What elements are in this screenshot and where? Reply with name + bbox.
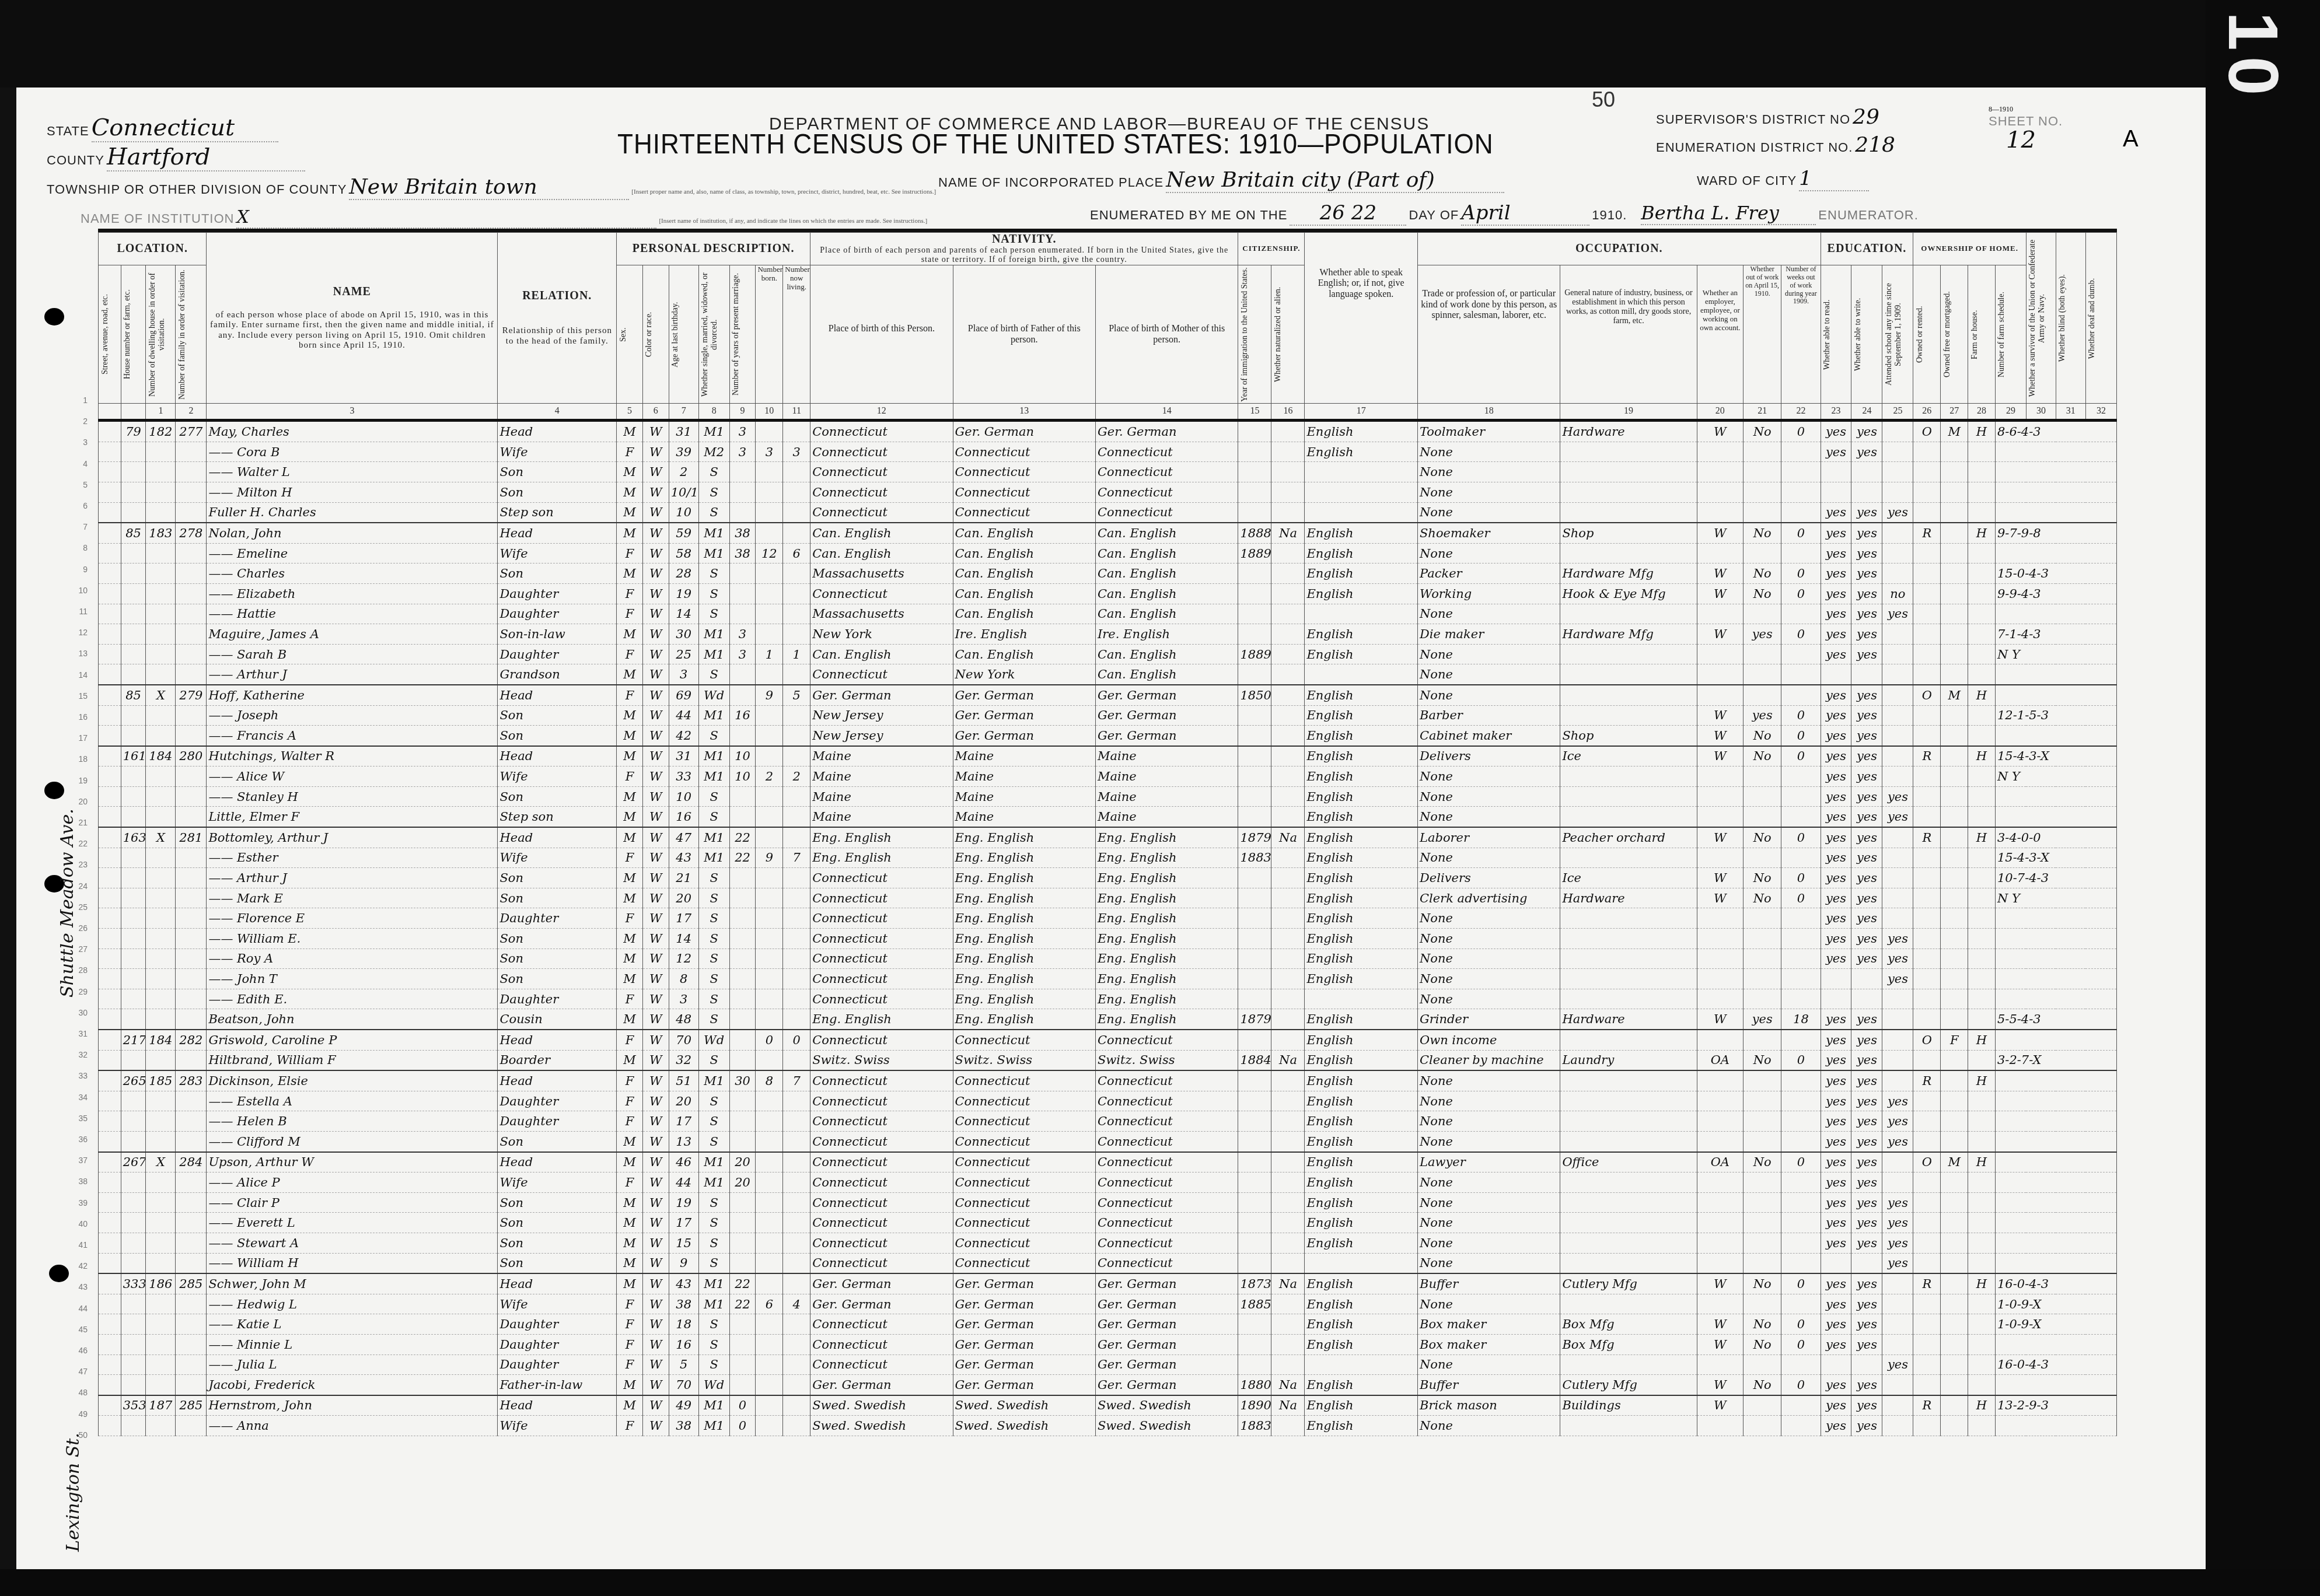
enumerated-month: April [1461, 201, 1589, 226]
cell-family [176, 664, 207, 685]
cell-pobm: Swed. Swedish [1095, 1395, 1238, 1416]
line-number: 31 [70, 1029, 88, 1038]
cell-nat: Na [1271, 1050, 1305, 1070]
cell-name: Beatson, John [207, 1009, 498, 1030]
cell-fh [1968, 1334, 1996, 1354]
cell-family [176, 1314, 207, 1335]
cell-age: 58 [669, 543, 698, 563]
cell-dwelling [146, 1294, 176, 1314]
cell-yrs [729, 482, 756, 502]
cell-fh [1968, 1131, 1996, 1151]
cell-sch [1882, 705, 1913, 726]
cell-sex: M [617, 664, 643, 685]
cell-write: yes [1851, 502, 1882, 523]
cell-code: 9-9-4-3 [1995, 583, 2116, 604]
cell-house [121, 1192, 146, 1213]
cell-street [99, 1354, 121, 1375]
cell-read: yes [1821, 523, 1851, 543]
column-number: 12 [810, 404, 953, 421]
cell-age: 10 [669, 786, 698, 807]
cell-fh [1968, 1213, 1996, 1233]
cell-pobf: Eng. English [953, 929, 1095, 949]
cell-pob: Ger. German [810, 1273, 953, 1294]
cell-rel: Father-in-law [498, 1375, 617, 1395]
cell-rel: Cousin [498, 1009, 617, 1030]
cell-imm: 1850 [1238, 685, 1271, 705]
cell-house [121, 624, 146, 645]
cell-dwelling [146, 583, 176, 604]
cell-fm [1941, 644, 1968, 664]
cell-lang: English [1305, 1233, 1418, 1253]
cell-family [176, 1213, 207, 1233]
cell-rel: Head [498, 746, 617, 766]
cell-pobm: Connecticut [1095, 1152, 1238, 1172]
cell-family [176, 1334, 207, 1354]
cell-read [1821, 1253, 1851, 1273]
cell-sch [1882, 989, 1913, 1009]
cell-name: —— William H [207, 1253, 498, 1273]
enumeration-district-field: ENUMERATION DISTRICT NO. 218 [1656, 133, 1895, 157]
cell-oow: No [1744, 583, 1781, 604]
cell-fh [1968, 989, 1996, 1009]
cell-living [783, 1111, 810, 1132]
cell-sex: F [617, 1416, 643, 1436]
cell-write: yes [1851, 1294, 1882, 1314]
cell-pob: Maine [810, 746, 953, 766]
column-number: 4 [498, 404, 617, 421]
cell-pobm: Connecticut [1095, 1030, 1238, 1050]
cell-fh [1968, 1192, 1996, 1213]
cell-name: —— Florence E [207, 908, 498, 929]
cell-read: yes [1821, 1152, 1851, 1172]
cell-ind [1560, 786, 1697, 807]
cell-imm: 1889 [1238, 543, 1271, 563]
cell-own [1913, 664, 1941, 685]
cell-yrs [729, 685, 756, 705]
cell-trade: Buffer [1417, 1273, 1560, 1294]
cell-mar: S [698, 888, 729, 908]
cell-ind: Hook & Eye Mfg [1560, 583, 1697, 604]
cell-oow [1744, 1131, 1781, 1151]
cell-rel: Son [498, 949, 617, 969]
cell-sex: M [617, 421, 643, 442]
cell-street [99, 929, 121, 949]
cell-yrs [729, 1009, 756, 1030]
cell-rel: Wife [498, 1294, 617, 1314]
cell-race: W [642, 726, 669, 746]
cell-oow: No [1744, 1273, 1781, 1294]
cell-nat [1271, 462, 1305, 482]
cell-pob: Connecticut [810, 583, 953, 604]
column-number: 26 [1913, 404, 1941, 421]
cell-sex: M [617, 949, 643, 969]
cell-fm [1941, 827, 1968, 848]
cell-code: 3-4-0-0 [1995, 827, 2116, 848]
cell-oow: No [1744, 563, 1781, 584]
table-row: 267X284Upson, Arthur WHeadMW46M120Connec… [99, 1152, 2117, 1172]
table-row: —— Stewart ASonMW15SConnecticutConnectic… [99, 1233, 2117, 1253]
cell-oow [1744, 644, 1781, 664]
cell-dwelling [146, 868, 176, 888]
cell-imm [1238, 462, 1271, 482]
cell-read: yes [1821, 1131, 1851, 1151]
cell-pobf: Maine [953, 786, 1095, 807]
cell-oow: No [1744, 1334, 1781, 1354]
incorporated-place-field: NAME OF INCORPORATED PLACE New Britain c… [938, 168, 1504, 193]
cell-rel: Daughter [498, 989, 617, 1009]
cell-yrs [729, 1050, 756, 1070]
county-value: Hartford [107, 143, 305, 171]
cell-street [99, 1213, 121, 1233]
cell-wks: 0 [1781, 827, 1821, 848]
cell-rel: Daughter [498, 583, 617, 604]
cell-ind: Hardware Mfg [1560, 563, 1697, 584]
cell-trade: Box maker [1417, 1334, 1560, 1354]
cell-name: Hiltbrand, William F [207, 1050, 498, 1070]
cell-pob: Maine [810, 766, 953, 787]
cell-yrs: 20 [729, 1172, 756, 1193]
cell-name: Schwer, John M [207, 1273, 498, 1294]
cell-born [756, 1152, 783, 1172]
cell-nat [1271, 908, 1305, 929]
cell-sch: yes [1882, 1354, 1913, 1375]
cell-pobm: Ger. German [1095, 685, 1238, 705]
cell-family [176, 1233, 207, 1253]
cell-fm [1941, 1131, 1968, 1151]
cell-emp [1697, 502, 1743, 523]
cell-wks [1781, 1192, 1821, 1213]
cell-sex: M [617, 1009, 643, 1030]
cell-sch: yes [1882, 1192, 1913, 1213]
cell-pob: Swed. Swedish [810, 1395, 953, 1416]
cell-write: yes [1851, 1273, 1882, 1294]
cell-living [783, 868, 810, 888]
cell-race: W [642, 462, 669, 482]
cell-lang: English [1305, 1273, 1418, 1294]
cell-house [121, 1253, 146, 1273]
cell-dwelling [146, 1253, 176, 1273]
cell-write: yes [1851, 827, 1882, 848]
cell-sex: M [617, 888, 643, 908]
cell-nat [1271, 624, 1305, 645]
cell-sex: M [617, 705, 643, 726]
cell-sch [1882, 746, 1913, 766]
cell-pob: New Jersey [810, 705, 953, 726]
cell-trade: Working [1417, 583, 1560, 604]
cell-write: yes [1851, 1213, 1882, 1233]
cell-pobf: Connecticut [953, 1131, 1095, 1151]
cell-sch [1882, 908, 1913, 929]
cell-own [1913, 1111, 1941, 1132]
line-number: 30 [70, 1008, 88, 1017]
cell-lang: English [1305, 705, 1418, 726]
cell-yrs [729, 786, 756, 807]
enumerator-label: ENUMERATOR. [1818, 208, 1919, 222]
cell-pobf: New York [953, 664, 1095, 685]
cell-code [1995, 502, 2116, 523]
cell-ind [1560, 989, 1697, 1009]
cell-write: yes [1851, 1192, 1882, 1213]
cell-family [176, 888, 207, 908]
cell-nat [1271, 1253, 1305, 1273]
cell-pobm: Maine [1095, 766, 1238, 787]
cell-emp [1697, 989, 1743, 1009]
cell-fm [1941, 1416, 1968, 1436]
cell-read [1821, 462, 1851, 482]
cell-write [1851, 1354, 1882, 1375]
cell-fm [1941, 1314, 1968, 1335]
cell-code: N Y [1995, 766, 2116, 787]
cell-street [99, 523, 121, 543]
line-number: 17 [70, 733, 88, 743]
cell-imm: 1879 [1238, 827, 1271, 848]
cell-pobm: Maine [1095, 807, 1238, 827]
table-row: —— JosephSonMW44M116New JerseyGer. Germa… [99, 705, 2117, 726]
cell-imm [1238, 1253, 1271, 1273]
cell-own: R [1913, 1070, 1941, 1091]
line-number: 12 [70, 628, 88, 637]
cell-own [1913, 502, 1941, 523]
table-row: —— Hedwig LWifeFW38M12264Ger. GermanGer.… [99, 1294, 2117, 1314]
cell-lang: English [1305, 1334, 1418, 1354]
cell-trade: None [1417, 442, 1560, 462]
cell-born [756, 1375, 783, 1395]
microfilm-border-top [0, 0, 2320, 87]
cell-sex: M [617, 624, 643, 645]
cell-pobf: Eng. English [953, 908, 1095, 929]
cell-pobm: Can. English [1095, 523, 1238, 543]
cell-dwelling [146, 786, 176, 807]
cell-wks [1781, 766, 1821, 787]
cell-fm [1941, 1253, 1968, 1273]
cell-fm [1941, 1233, 1968, 1253]
cell-sch: yes [1882, 1253, 1913, 1273]
cell-emp: OA [1697, 1050, 1743, 1070]
cell-code [1995, 908, 2116, 929]
table-row: —— Arthur JGrandsonMW3SConnecticutNew Yo… [99, 664, 2117, 685]
cell-mar: S [698, 868, 729, 888]
cell-wks [1781, 1395, 1821, 1416]
cell-pob: Connecticut [810, 949, 953, 969]
cell-fm: M [1941, 421, 1968, 442]
cell-emp: W [1697, 523, 1743, 543]
cell-dwelling: X [146, 1152, 176, 1172]
cell-sex: M [617, 827, 643, 848]
cell-code: 15-4-3-X [1995, 746, 2116, 766]
cell-code: 9-7-9-8 [1995, 523, 2116, 543]
township-field: TOWNSHIP OR OTHER DIVISION OF COUNTY New… [47, 175, 936, 200]
cell-trade: None [1417, 1091, 1560, 1111]
cell-fm [1941, 604, 1968, 624]
cell-house [121, 482, 146, 502]
cell-mar: S [698, 1009, 729, 1030]
table-row: —— ElizabethDaughterFW19SConnecticutCan.… [99, 583, 2117, 604]
cell-own [1913, 442, 1941, 462]
cell-trade: None [1417, 949, 1560, 969]
cell-age: 33 [669, 766, 698, 787]
cell-lang [1305, 664, 1418, 685]
cell-family: 283 [176, 1070, 207, 1091]
header-dwelling: Number of dwelling house in order of vis… [146, 265, 176, 404]
cell-sch: yes [1882, 786, 1913, 807]
cell-house: 163 [121, 827, 146, 848]
cell-sex: M [617, 969, 643, 989]
cell-fh [1968, 1111, 1996, 1132]
cell-pobf: Connecticut [953, 1111, 1095, 1132]
cell-fm [1941, 583, 1968, 604]
cell-trade: None [1417, 1294, 1560, 1314]
cell-ind: Office [1560, 1152, 1697, 1172]
cell-born [756, 563, 783, 584]
cell-street [99, 1030, 121, 1050]
cell-pobf: Eng. English [953, 989, 1095, 1009]
line-number: 45 [70, 1325, 88, 1334]
cell-sex: F [617, 442, 643, 462]
cell-pobf: Maine [953, 746, 1095, 766]
cell-code [1995, 786, 2116, 807]
cell-mar: S [698, 1050, 729, 1070]
cell-house [121, 604, 146, 624]
cell-pob: Connecticut [810, 1192, 953, 1213]
cell-imm [1238, 1131, 1271, 1151]
cell-mar: M1 [698, 1152, 729, 1172]
cell-house: 161 [121, 746, 146, 766]
cell-name: —— Clair P [207, 1192, 498, 1213]
cell-born [756, 989, 783, 1009]
cell-code [1995, 604, 2116, 624]
cell-pobf: Eng. English [953, 1009, 1095, 1030]
cell-age: 47 [669, 827, 698, 848]
cell-oow [1744, 462, 1781, 482]
cell-fm [1941, 1354, 1968, 1375]
cell-mar: M1 [698, 746, 729, 766]
cell-family [176, 1294, 207, 1314]
cell-rel: Son [498, 969, 617, 989]
cell-dwelling [146, 604, 176, 624]
cell-pob: Ger. German [810, 685, 953, 705]
cell-code [1995, 1416, 2116, 1436]
cell-oow [1744, 908, 1781, 929]
cell-imm: 1873 [1238, 1273, 1271, 1294]
line-number: 14 [70, 670, 88, 680]
cell-wks [1781, 908, 1821, 929]
line-number: 42 [70, 1261, 88, 1270]
cell-street [99, 949, 121, 969]
cell-house [121, 807, 146, 827]
cell-read: yes [1821, 1091, 1851, 1111]
cell-yrs [729, 502, 756, 523]
column-number [121, 404, 146, 421]
cell-street [99, 888, 121, 908]
cell-lang: English [1305, 583, 1418, 604]
cell-age: 21 [669, 868, 698, 888]
cell-own [1913, 1375, 1941, 1395]
cell-born [756, 421, 783, 442]
cell-street [99, 726, 121, 746]
cell-yrs [729, 1131, 756, 1151]
cell-ind: Hardware [1560, 421, 1697, 442]
cell-yrs [729, 1192, 756, 1213]
cell-yrs: 38 [729, 543, 756, 563]
cell-imm [1238, 888, 1271, 908]
cell-name: —— Hattie [207, 604, 498, 624]
cell-emp [1697, 1131, 1743, 1151]
cell-living [783, 1009, 810, 1030]
cell-house [121, 969, 146, 989]
cell-street [99, 1233, 121, 1253]
cell-wks: 0 [1781, 726, 1821, 746]
cell-fh [1968, 807, 1996, 827]
cell-pobm: Eng. English [1095, 929, 1238, 949]
cell-house [121, 1091, 146, 1111]
cell-family: 277 [176, 421, 207, 442]
cell-sex: F [617, 1294, 643, 1314]
table-row: —— Helen BDaughterFW17SConnecticutConnec… [99, 1111, 2117, 1132]
cell-name: Hernstrom, John [207, 1395, 498, 1416]
cell-emp [1697, 908, 1743, 929]
cell-family [176, 786, 207, 807]
cell-race: W [642, 1091, 669, 1111]
cell-dwelling [146, 766, 176, 787]
cell-pobf: Ger. German [953, 1294, 1095, 1314]
cell-family [176, 1111, 207, 1132]
cell-sch [1882, 1416, 1913, 1436]
cell-family [176, 1253, 207, 1273]
cell-emp [1697, 969, 1743, 989]
cell-family: 280 [176, 746, 207, 766]
cell-street [99, 664, 121, 685]
cell-rel: Head [498, 1152, 617, 1172]
cell-pobf: Eng. English [953, 949, 1095, 969]
cell-wks: 0 [1781, 1152, 1821, 1172]
cell-lang: English [1305, 644, 1418, 664]
cell-name: —— Joseph [207, 705, 498, 726]
cell-born [756, 1111, 783, 1132]
cell-dwelling: 185 [146, 1070, 176, 1091]
cell-write: yes [1851, 442, 1882, 462]
cell-pob: Connecticut [810, 1091, 953, 1111]
cell-oow [1744, 786, 1781, 807]
cell-age: 17 [669, 1111, 698, 1132]
cell-trade: None [1417, 989, 1560, 1009]
cell-house [121, 502, 146, 523]
cell-emp: W [1697, 1009, 1743, 1030]
cell-code [1995, 969, 2116, 989]
cell-imm [1238, 1192, 1271, 1213]
cell-nat [1271, 1294, 1305, 1314]
cell-rel: Son [498, 786, 617, 807]
cell-mar: S [698, 1213, 729, 1233]
cell-pob: Connecticut [810, 1213, 953, 1233]
header-pob-mother: Place of birth of Mother of this person. [1095, 265, 1238, 404]
cell-read: yes [1821, 1030, 1851, 1050]
cell-pob: Maine [810, 807, 953, 827]
cell-street [99, 1375, 121, 1395]
cell-living [783, 1273, 810, 1294]
table-row: —— Cora BWifeFW39M2333ConnecticutConnect… [99, 442, 2117, 462]
cell-pobf: Ger. German [953, 421, 1095, 442]
cell-house [121, 1314, 146, 1335]
cell-ind [1560, 807, 1697, 827]
line-number: 25 [70, 902, 88, 912]
cell-ind: Peacher orchard [1560, 827, 1697, 848]
cell-living [783, 523, 810, 543]
cell-age: 31 [669, 421, 698, 442]
cell-lang: English [1305, 1314, 1418, 1335]
table-row: —— Julia LDaughterFW5SConnecticutGer. Ge… [99, 1354, 2117, 1375]
cell-born [756, 786, 783, 807]
cell-street [99, 989, 121, 1009]
